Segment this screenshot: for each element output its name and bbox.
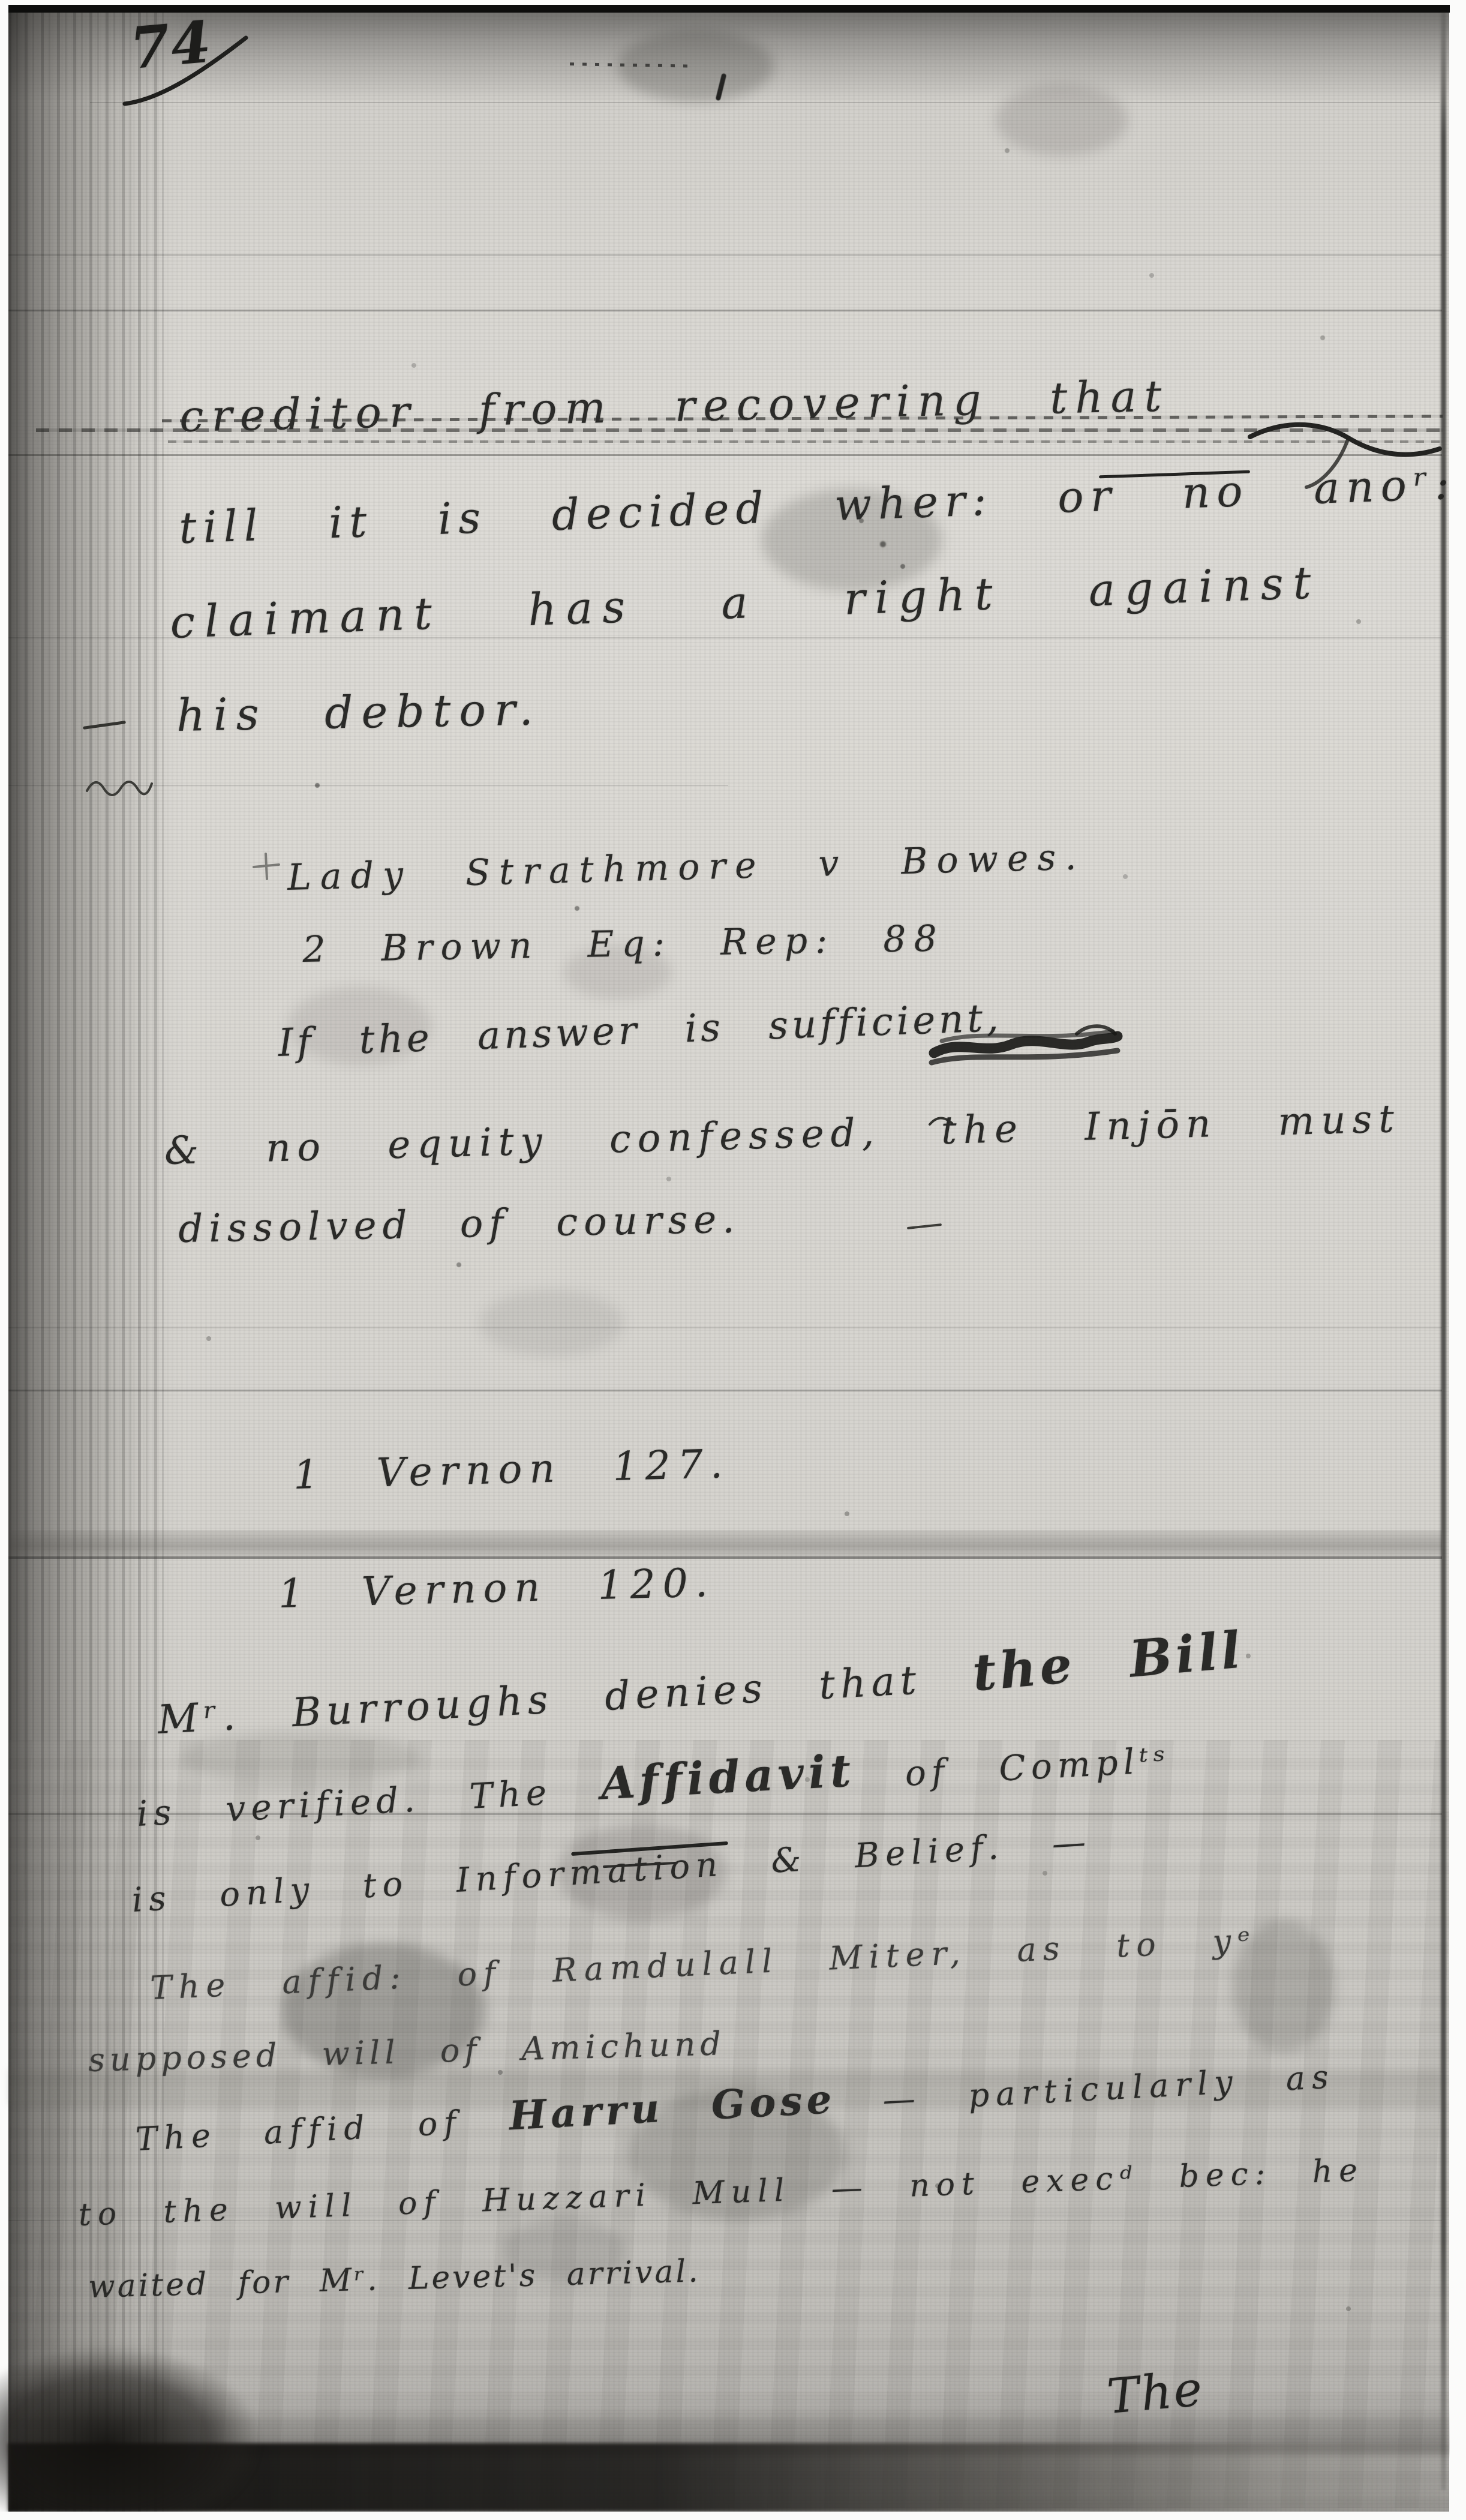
page-number: 74 bbox=[127, 9, 214, 82]
stain bbox=[996, 84, 1128, 156]
ink-specks bbox=[0, 0, 2, 2]
line-text: his debtor. bbox=[176, 683, 542, 742]
manuscript-scan: 74 creditor from recovering that till it… bbox=[0, 0, 1466, 2520]
stain bbox=[480, 1290, 624, 1356]
scan-margin-bottom bbox=[0, 2512, 1466, 2520]
stain bbox=[618, 30, 774, 102]
corner-shadow-blob bbox=[0, 2343, 294, 2520]
page-edge-line bbox=[1441, 12, 1446, 2490]
scan-frame-top bbox=[8, 5, 1460, 13]
scan-margin-right bbox=[1450, 0, 1466, 2520]
text-line-his-debtor: his debtor. bbox=[176, 683, 542, 742]
